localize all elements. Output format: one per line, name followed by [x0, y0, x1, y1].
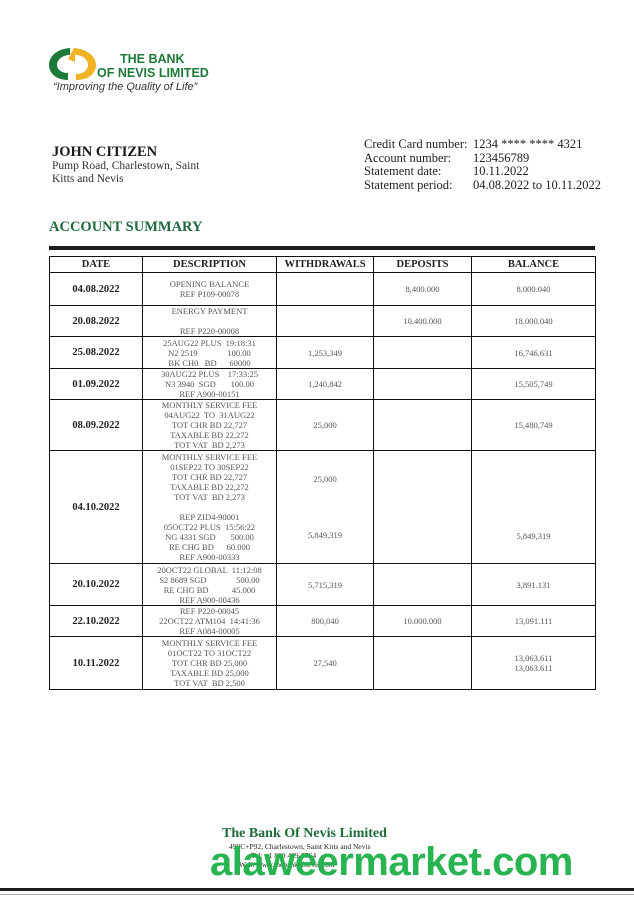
col-deposits: DEPOSITS [374, 257, 472, 273]
cell-deposits [374, 400, 472, 451]
info-label: Account number: [364, 152, 473, 166]
cell-deposits: 10.400.000 [374, 306, 472, 337]
table-row: 20.10.202220OCT22 GLOBAL 11:12:08 S2 868… [50, 564, 596, 606]
cell-date: 01.09.2022 [50, 369, 143, 400]
table-row: 25.08.202225AUG22 PLUS 19:18:31 N2 2519 … [50, 337, 596, 369]
cell-withdrawals: 27,540 [277, 637, 374, 690]
col-date: DATE [50, 257, 143, 273]
cell-description: MONTHLY SERVICE FEE 01OCT22 TO 31OCT22 T… [143, 637, 277, 690]
cell-deposits [374, 637, 472, 690]
cell-description: MONTHLY SERVICE FEE 01SEP22 TO 30SEP22 T… [143, 451, 277, 564]
withdrawal-amount: 25,000 [277, 474, 373, 484]
cell-description: 20OCT22 GLOBAL 11:12:08 S2 8689 SGD 500.… [143, 564, 277, 606]
cell-withdrawals: 1,240,842 [277, 369, 374, 400]
bank-tagline: “Improving the Quality of Life” [53, 81, 197, 93]
statement-date-row: Statement date:10.11.2022 [364, 165, 601, 179]
cell-date: 04.10.2022 [50, 451, 143, 564]
cell-date: 10.11.2022 [50, 637, 143, 690]
bank-logo-icon [48, 46, 98, 82]
cell-deposits [374, 564, 472, 606]
cell-description: OPENING BALANCE REF P109-00078 [143, 273, 277, 306]
bank-logo-text: THE BANK OF NEVIS LIMITED [97, 52, 209, 80]
cell-deposits [374, 337, 472, 369]
info-label: Credit Card number: [364, 138, 473, 152]
footer-divider [0, 888, 634, 891]
cell-date: 08.09.2022 [50, 400, 143, 451]
cell-balance: 18.000.040 [472, 306, 596, 337]
bank-name-line1: THE BANK [97, 52, 209, 66]
cell-description: 30AUG22 PLUS 17:33:25 N3 3940 SGD 100.00… [143, 369, 277, 400]
customer-name: JOHN CITIZEN [52, 144, 157, 161]
info-label: Statement period: [364, 179, 473, 193]
col-balance: BALANCE [472, 257, 596, 273]
cell-balance: 3,891.131 [472, 564, 596, 606]
table-row: 10.11.2022MONTHLY SERVICE FEE 01OCT22 TO… [50, 637, 596, 690]
table-row: 08.09.2022MONTHLY SERVICE FEE 04AUG22 TO… [50, 400, 596, 451]
statement-period-row: Statement period:04.08.2022 to 10.11.202… [364, 179, 601, 193]
info-value: 04.08.2022 to 10.11.2022 [473, 179, 601, 193]
info-label: Statement date: [364, 165, 473, 179]
withdrawal-amount: 5,849,319 [277, 530, 373, 540]
info-value: 1234 **** **** 4321 [473, 138, 582, 152]
account-summary-table: DATE DESCRIPTION WITHDRAWALS DEPOSITS BA… [49, 256, 596, 690]
cell-balance: 15,505,749 [472, 369, 596, 400]
table-row: 20.08.2022ENERGY PAYMENT REF P220-000081… [50, 306, 596, 337]
account-info: Credit Card number:1234 **** **** 4321 A… [364, 138, 601, 192]
cell-date: 20.10.2022 [50, 564, 143, 606]
watermark: alaweermarket.com [210, 840, 573, 885]
cell-date: 20.08.2022 [50, 306, 143, 337]
credit-card-number-row: Credit Card number:1234 **** **** 4321 [364, 138, 601, 152]
cell-description: 25AUG22 PLUS 19:18:31 N2 2519 100.00 BK … [143, 337, 277, 369]
footer-divider-thin [0, 894, 634, 895]
cell-withdrawals: 1,253,349 [277, 337, 374, 369]
cell-deposits [374, 451, 472, 564]
cell-withdrawals [277, 273, 374, 306]
cell-date: 22.10.2022 [50, 606, 143, 637]
table-row: 04.10.2022MONTHLY SERVICE FEE 01SEP22 TO… [50, 451, 596, 564]
cell-balance: 5,849,319 [472, 451, 596, 564]
customer-address: Pump Road, Charlestown, Saint Kitts and … [52, 160, 222, 186]
cell-date: 04.08.2022 [50, 273, 143, 306]
section-title: ACCOUNT SUMMARY [49, 219, 202, 236]
col-description: DESCRIPTION [143, 257, 277, 273]
info-value: 10.11.2022 [473, 165, 529, 179]
cell-withdrawals: 5,715,319 [277, 564, 374, 606]
cell-withdrawals: 25,0005,849,319 [277, 451, 374, 564]
section-divider [49, 246, 595, 250]
table-row: 04.08.2022OPENING BALANCE REF P109-00078… [50, 273, 596, 306]
cell-withdrawals: 800,040 [277, 606, 374, 637]
cell-deposits: 10.000.000 [374, 606, 472, 637]
col-withdrawals: WITHDRAWALS [277, 257, 374, 273]
cell-description: ENERGY PAYMENT REF P220-00008 [143, 306, 277, 337]
cell-balance: 13,063.611 13,063.611 [472, 637, 596, 690]
cell-deposits: 8,400.000 [374, 273, 472, 306]
cell-balance: 13,091.111 [472, 606, 596, 637]
cell-description: REF P220-00045 22OCT22 ATM104 14:41:36 R… [143, 606, 277, 637]
cell-date: 25.08.2022 [50, 337, 143, 369]
cell-description: MONTHLY SERVICE FEE 04AUG22 TO 31AUG22 T… [143, 400, 277, 451]
bank-name-line2: OF NEVIS LIMITED [97, 66, 209, 80]
cell-balance: 15,480,749 [472, 400, 596, 451]
cell-balance: 16,746.631 [472, 337, 596, 369]
account-number-row: Account number:123456789 [364, 152, 601, 166]
cell-withdrawals [277, 306, 374, 337]
table-header-row: DATE DESCRIPTION WITHDRAWALS DEPOSITS BA… [50, 257, 596, 273]
table-row: 22.10.2022REF P220-00045 22OCT22 ATM104 … [50, 606, 596, 637]
cell-withdrawals: 25,000 [277, 400, 374, 451]
cell-deposits [374, 369, 472, 400]
cell-balance: 8.000.040 [472, 273, 596, 306]
table-row: 01.09.202230AUG22 PLUS 17:33:25 N3 3940 … [50, 369, 596, 400]
info-value: 123456789 [473, 152, 529, 166]
